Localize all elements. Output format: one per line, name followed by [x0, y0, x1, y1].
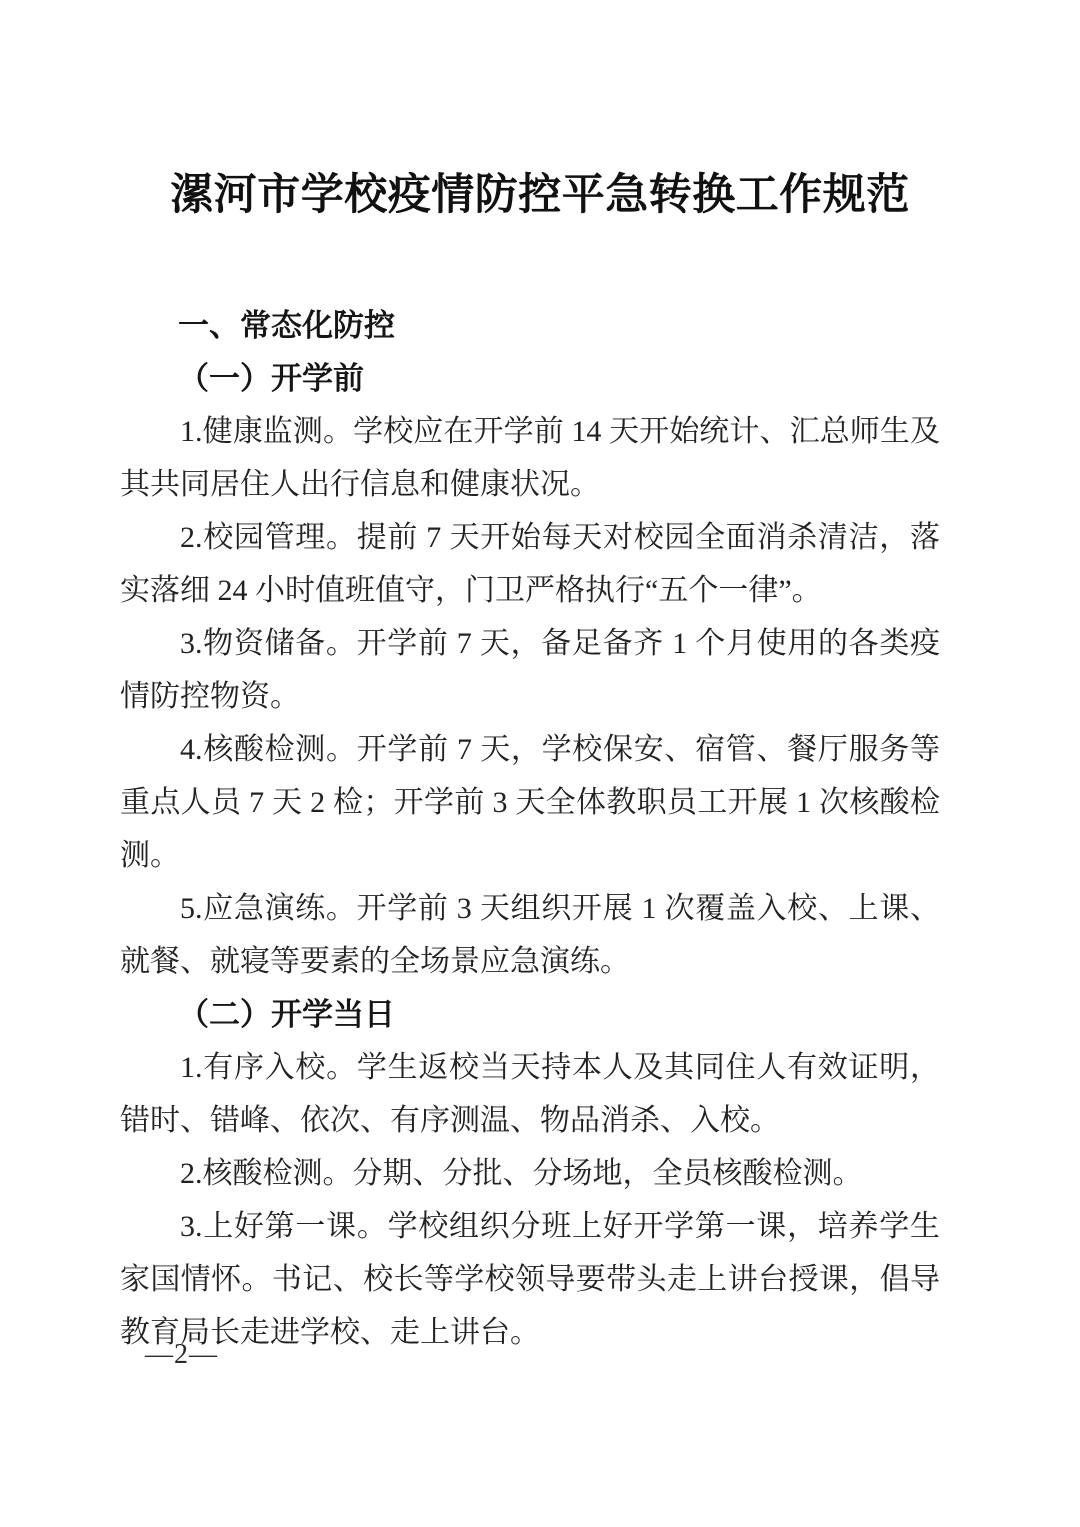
paragraph-supplies-reserve: 3.物资储备。开学前 7 天，备足备齐 1 个月使用的各类疫情防控物资。 [120, 617, 940, 723]
document-body: 一、常态化防控 （一）开学前 1.健康监测。学校应在开学前 14 天开始统计、汇… [0, 299, 1080, 1359]
paragraph-health-monitoring: 1.健康监测。学校应在开学前 14 天开始统计、汇总师生及其共同居住人出行信息和… [120, 405, 940, 511]
document-title: 漯河市学校疫情防控平急转换工作规范 [0, 165, 1080, 227]
paragraph-campus-management: 2.校园管理。提前 7 天开始每天对校园全面消杀清洁，落实落细 24 小时值班值… [120, 511, 940, 617]
section-heading-changtaihua-fangkong: 一、常态化防控 [120, 299, 940, 352]
paragraph-emergency-drill: 5.应急演练。开学前 3 天组织开展 1 次覆盖入校、上课、就餐、就寝等要素的全… [120, 882, 940, 988]
subsection-heading-kaixueqian: （一）开学前 [120, 352, 940, 405]
page-number: —2— [145, 1338, 218, 1372]
paragraph-orderly-entry: 1.有序入校。学生返校当天持本人及其同住人有效证明，错时、错峰、依次、有序测温、… [120, 1041, 940, 1147]
paragraph-testing-on-arrival: 2.核酸检测。分期、分批、分场地，全员核酸检测。 [120, 1147, 940, 1200]
subsection-heading-kaixue-dangri: （二）开学当日 [120, 988, 940, 1041]
document-page: 漯河市学校疫情防控平急转换工作规范 一、常态化防控 （一）开学前 1.健康监测。… [0, 0, 1080, 1527]
paragraph-first-lesson: 3.上好第一课。学校组织分班上好开学第一课，培养学生家国情怀。书记、校长等学校领… [120, 1200, 940, 1359]
paragraph-nucleic-acid-testing: 4.核酸检测。开学前 7 天，学校保安、宿管、餐厅服务等重点人员 7 天 2 检… [120, 723, 940, 882]
